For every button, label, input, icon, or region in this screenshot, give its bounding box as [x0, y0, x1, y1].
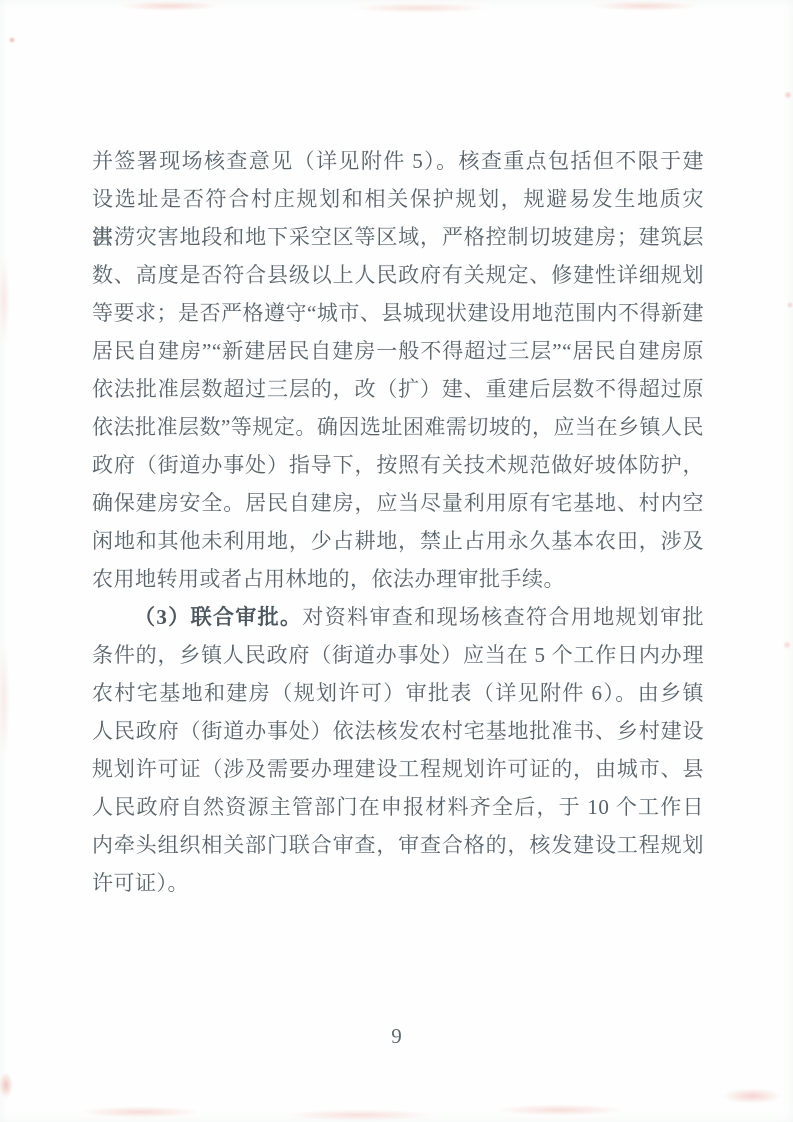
- text-line: 规划许可证（涉及需要办理建设工程规划许可证的，由城市、县: [92, 750, 704, 788]
- text-line: 数、高度是否符合县级以上人民政府有关规定、修建性详细规划: [92, 256, 704, 294]
- text-line: 政府（街道办事处）指导下，按照有关技术规范做好坡体防护，: [92, 446, 704, 484]
- text-line: 条件的，乡镇人民政府（街道办事处）应当在 5 个工作日内办理: [92, 636, 704, 674]
- text-line: 依法批准层数超过三层的，改（扩）建、重建后层数不得超过原: [92, 370, 704, 408]
- text-line: 居民自建房”“新建居民自建房一般不得超过三层”“居民自建房原: [92, 332, 704, 370]
- document-page: 并签署现场核查意见（详见附件 5）。核查重点包括但不限于建设选址是否符合村庄规划…: [0, 0, 793, 1122]
- text-line: 内牵头组织相关部门联合审查，审查合格的，核发建设工程规划: [92, 826, 704, 864]
- document-body: 并签署现场核查意见（详见附件 5）。核查重点包括但不限于建设选址是否符合村庄规划…: [92, 142, 704, 902]
- text-line: （3）联合审批。对资料审查和现场核查符合用地规划审批: [92, 598, 704, 636]
- bold-lead-text: （3）联合审批。: [134, 605, 302, 629]
- text-line: 并签署现场核查意见（详见附件 5）。核查重点包括但不限于建: [92, 142, 704, 180]
- text-line: 农村宅基地和建房（规划许可）审批表（详见附件 6）。由乡镇: [92, 674, 704, 712]
- text-line: 闲地和其他未利用地，少占耕地，禁止占用永久基本农田，涉及: [92, 522, 704, 560]
- page-number: 9: [0, 1024, 793, 1049]
- text-line: 人民政府自然资源主管部门在申报材料齐全后，于 10 个工作日: [92, 788, 704, 826]
- text-line: 农用地转用或者占用林地的，依法办理审批手续。: [92, 560, 704, 598]
- text-line: 洪涝灾害地段和地下采空区等区域，严格控制切坡建房；建筑层: [92, 218, 704, 256]
- text-line: 人民政府（街道办事处）依法核发农村宅基地批准书、乡村建设: [92, 712, 704, 750]
- text-line: 设选址是否符合村庄规划和相关保护规划，规避易发生地质灾害、: [92, 180, 704, 218]
- text-line: 确保建房安全。居民自建房，应当尽量利用原有宅基地、村内空: [92, 484, 704, 522]
- text-line: 许可证）。: [92, 864, 704, 902]
- text-line: 依法批准层数”等规定。确因选址困难需切坡的，应当在乡镇人民: [92, 408, 704, 446]
- text-line: 等要求；是否严格遵守“城市、县城现状建设用地范围内不得新建: [92, 294, 704, 332]
